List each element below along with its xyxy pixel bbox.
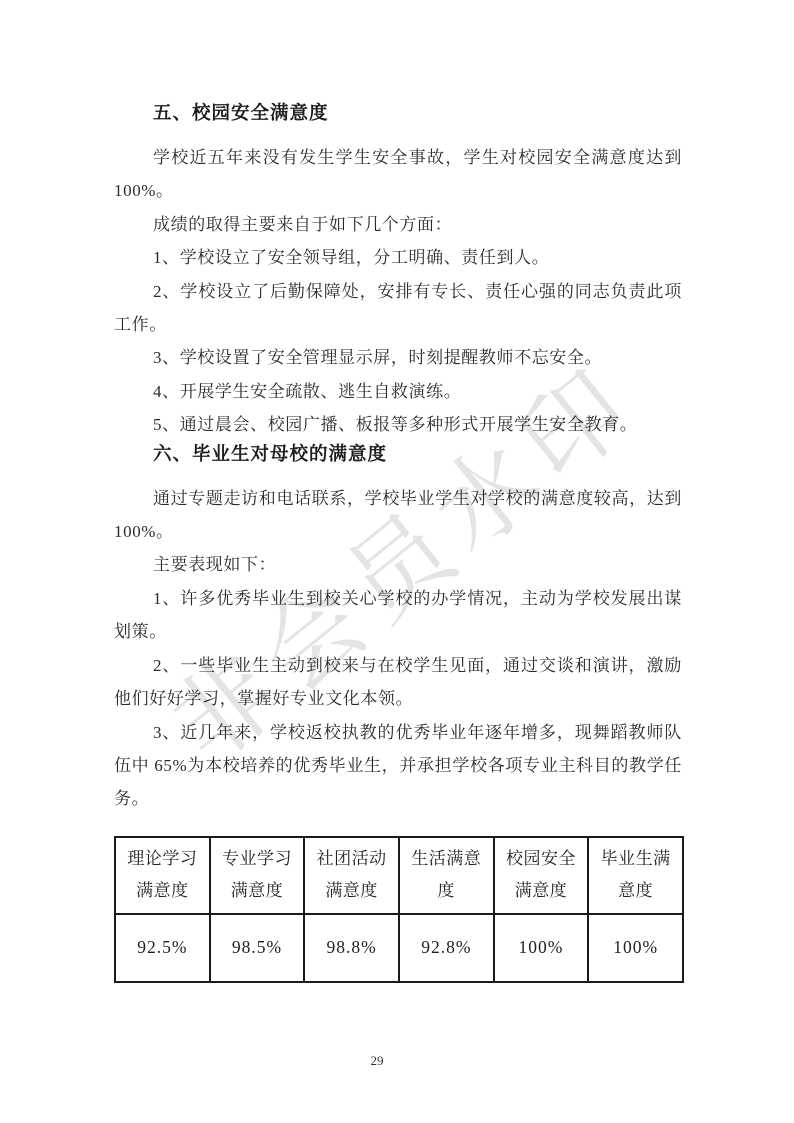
- paragraph: 通过专题走访和电话联系，学校毕业学生对学校的满意度较高，达到 100%。: [114, 482, 682, 549]
- table-value-cell: 100%: [588, 914, 683, 982]
- paragraph: 4、开展学生安全疏散、逃生自救演练。: [114, 375, 682, 408]
- paragraph: 5、通过晨会、校园广播、板报等多种形式开展学生安全教育。: [114, 408, 682, 441]
- table-header-row: 理论学习满意度 专业学习满意度 社团活动满意度 生活满意度 校园安全满意度 毕业…: [115, 837, 683, 914]
- paragraph: 2、一些毕业生主动到校来与在校学生见面，通过交谈和演讲，激励他们好好学习，掌握好…: [114, 649, 682, 716]
- paragraph: 学校近五年来没有发生学生安全事故，学生对校园安全满意度达到 100%。: [114, 141, 682, 208]
- table-header-cell: 校园安全满意度: [494, 837, 589, 914]
- section-heading-6: 六、毕业生对母校的满意度: [114, 442, 682, 468]
- paragraph: 3、近几年来，学校返校执教的优秀毕业年逐年增多，现舞蹈教师队伍中 65%为本校培…: [114, 716, 682, 816]
- section-heading-5: 五、校园安全满意度: [114, 101, 682, 127]
- table-value-cell: 98.8%: [304, 914, 399, 982]
- table-value-cell: 100%: [494, 914, 589, 982]
- document-page: 非会员水印 五、校园安全满意度 学校近五年来没有发生学生安全事故，学生对校园安全…: [0, 0, 794, 1123]
- paragraph: 2、学校设立了后勤保障处，安排有专长、责任心强的同志负责此项工作。: [114, 275, 682, 342]
- paragraph: 主要表现如下：: [114, 548, 682, 581]
- page-number: 29: [0, 1053, 774, 1069]
- paragraph: 成绩的取得主要来自于如下几个方面：: [114, 208, 682, 241]
- table-header-cell: 毕业生满意度: [588, 837, 683, 914]
- table-header-cell: 专业学习满意度: [210, 837, 305, 914]
- table-value-cell: 92.8%: [399, 914, 494, 982]
- satisfaction-table: 理论学习满意度 专业学习满意度 社团活动满意度 生活满意度 校园安全满意度 毕业…: [114, 836, 684, 983]
- paragraph: 3、学校设置了安全管理显示屏，时刻提醒教师不忘安全。: [114, 341, 682, 374]
- paragraph: 1、许多优秀毕业生到校关心学校的办学情况，主动为学校发展出谋划策。: [114, 582, 682, 649]
- paragraph: 1、学校设立了安全领导组，分工明确、责任到人。: [114, 241, 682, 274]
- document-content: 五、校园安全满意度 学校近五年来没有发生学生安全事故，学生对校园安全满意度达到 …: [114, 101, 682, 983]
- table-value-cell: 92.5%: [115, 914, 210, 982]
- table-value-cell: 98.5%: [210, 914, 305, 982]
- table-header-cell: 理论学习满意度: [115, 837, 210, 914]
- table-header-cell: 生活满意度: [399, 837, 494, 914]
- table-header-cell: 社团活动满意度: [304, 837, 399, 914]
- table-value-row: 92.5% 98.5% 98.8% 92.8% 100% 100%: [115, 914, 683, 982]
